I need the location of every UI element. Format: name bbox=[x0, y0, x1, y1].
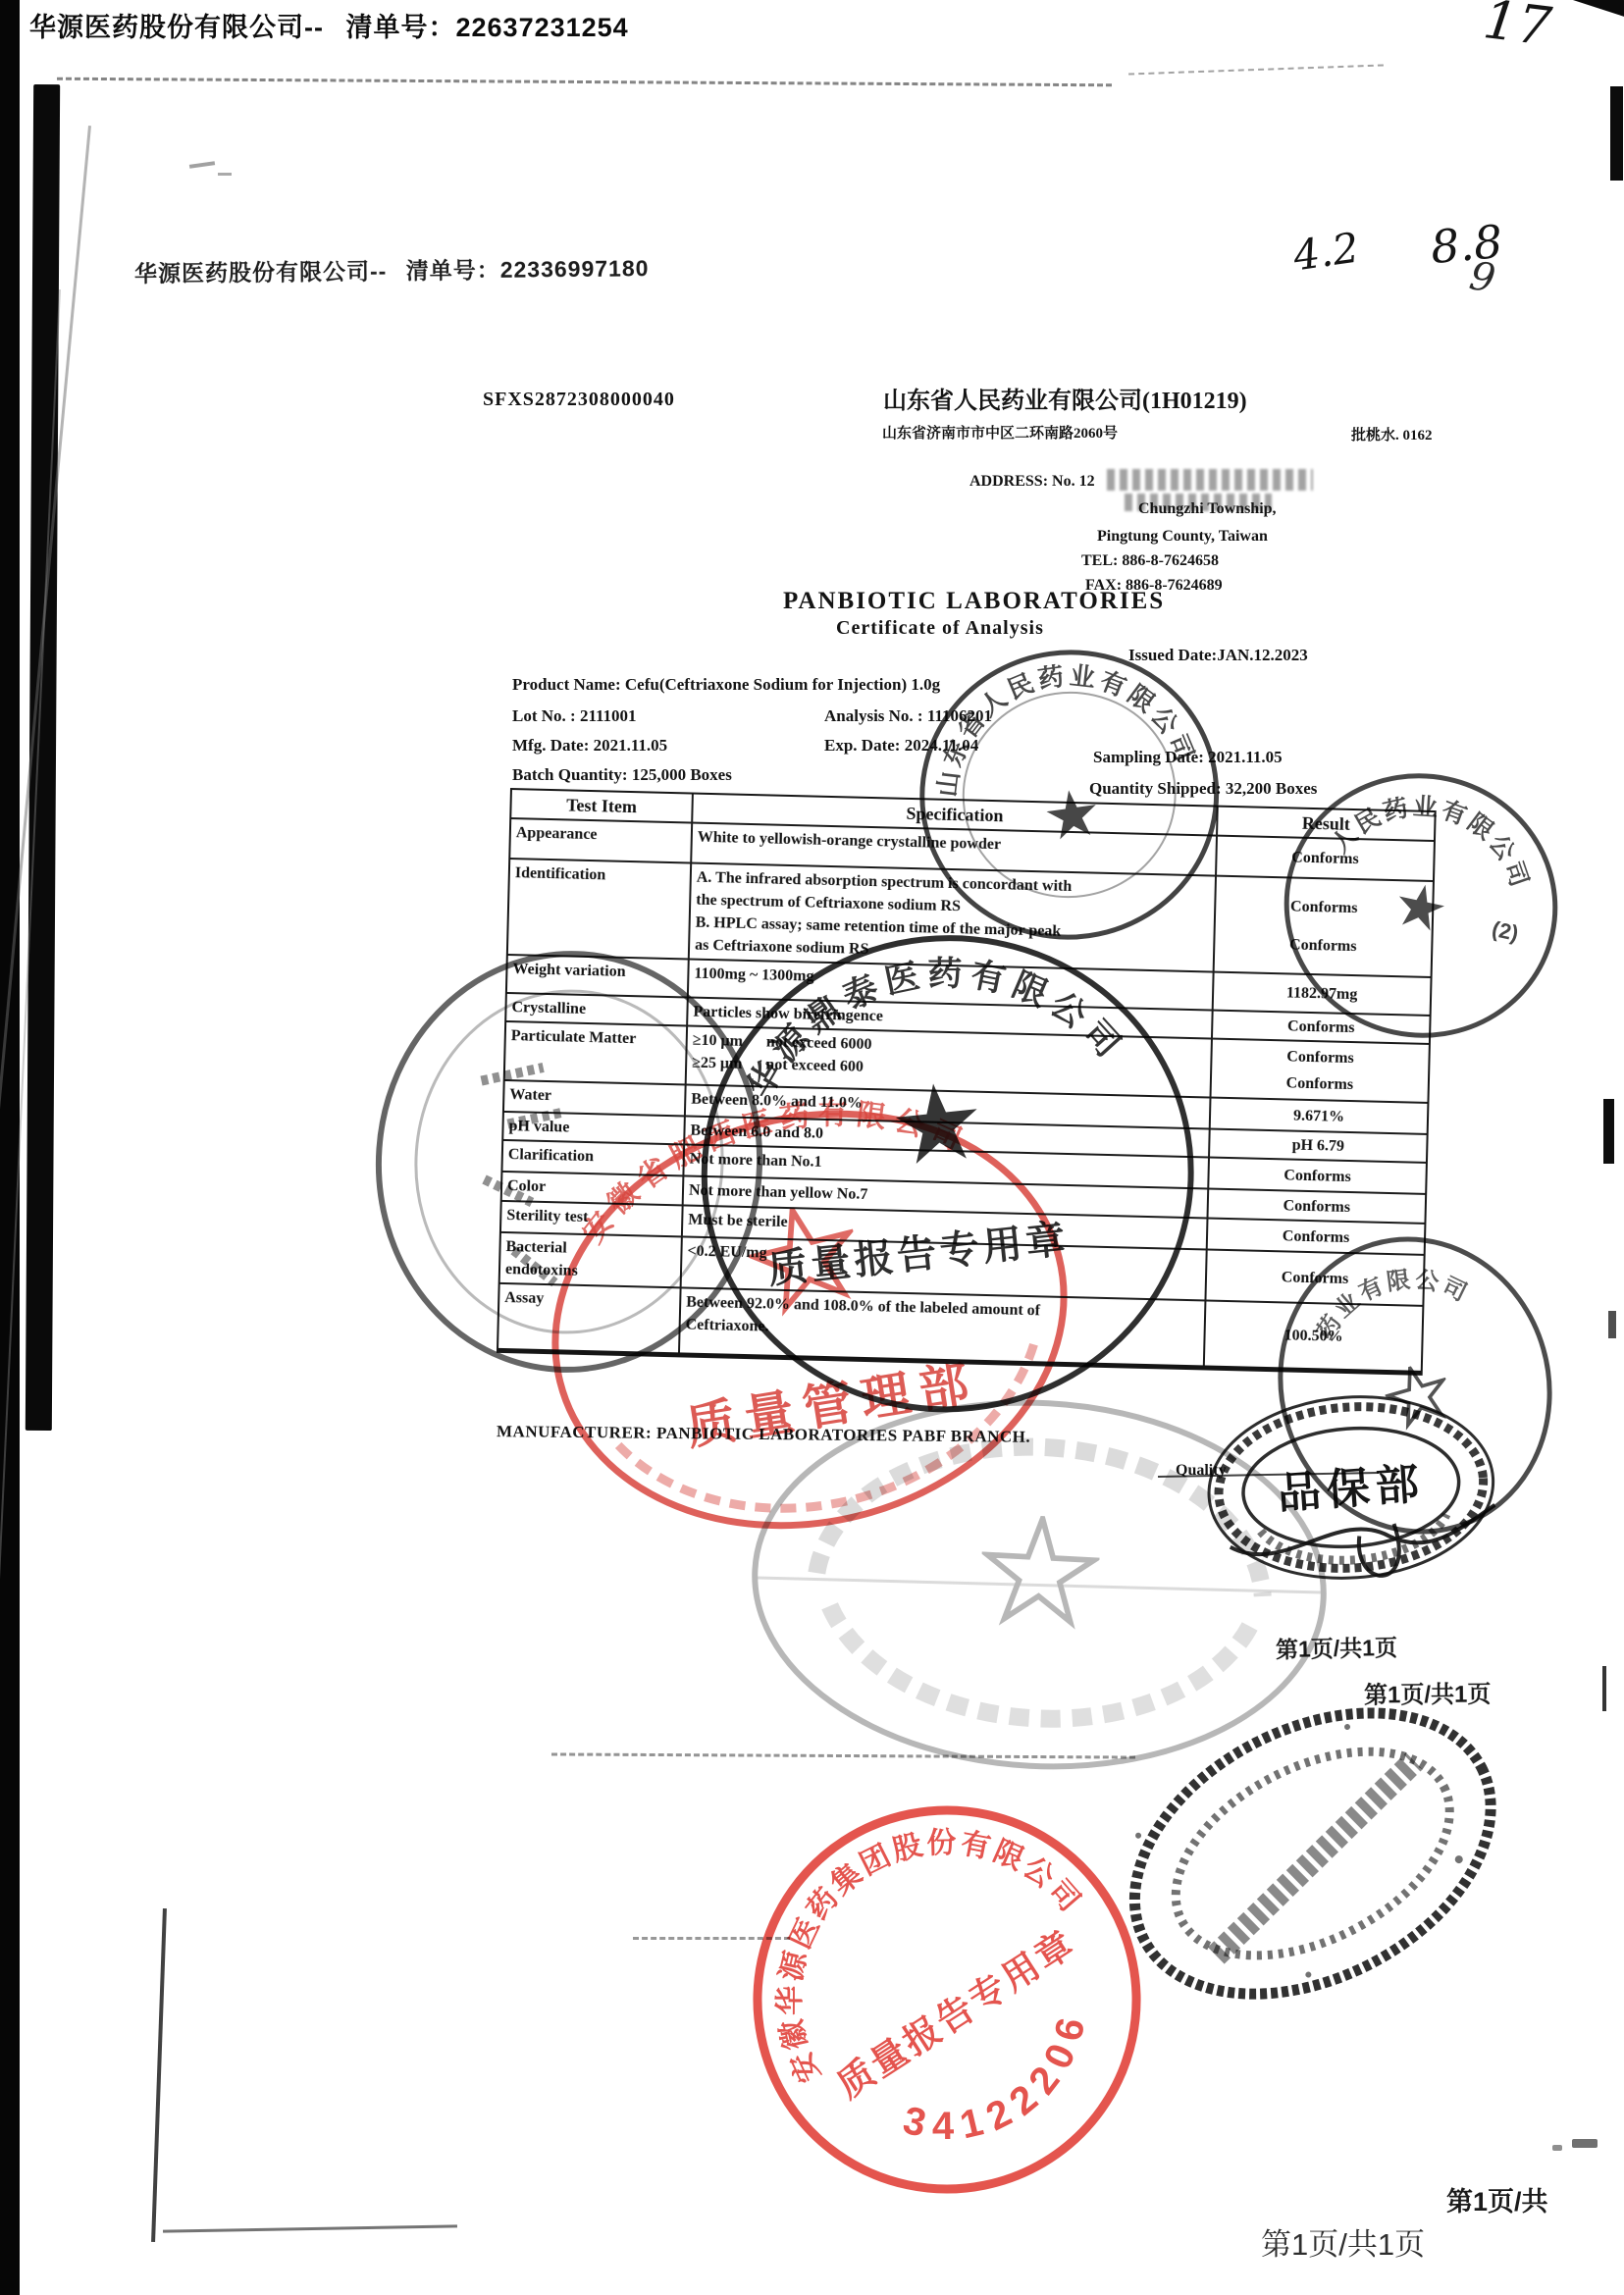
scan-speck bbox=[1572, 2139, 1598, 2148]
scan-speck bbox=[189, 161, 215, 169]
lot-no: Lot No. : 2111001 bbox=[512, 706, 637, 726]
page-edge-line bbox=[151, 1908, 167, 2242]
result-line: Conforms bbox=[1283, 1164, 1351, 1188]
scan-edge-mark bbox=[1610, 86, 1623, 181]
result-line: 9.671% bbox=[1293, 1104, 1345, 1127]
result-line: Conforms bbox=[1286, 1045, 1354, 1069]
overprint-smudge bbox=[1107, 469, 1313, 491]
handwritten-mark: 4.2 bbox=[1290, 224, 1362, 281]
result-line: Conforms bbox=[1283, 1194, 1350, 1219]
scan-speck bbox=[218, 173, 232, 176]
table-result-cell: Conforms bbox=[1209, 1190, 1426, 1223]
inner-fax-header: 华源医药股份有限公司-- 清单号：22336997180 bbox=[134, 250, 650, 287]
inner-header-company: 华源医药股份有限公司-- bbox=[134, 258, 388, 287]
mfg-date: Mfg. Date: 2021.11.05 bbox=[512, 736, 667, 756]
star-icon bbox=[745, 1198, 863, 1312]
reference-code: SFXS2872308000040 bbox=[483, 389, 675, 411]
address-line-2: Chungzhi Township, bbox=[1138, 500, 1277, 518]
stamp-arc-text: 山东省人民药业有限公司 bbox=[917, 644, 1202, 803]
svg-text:药业有限公司: 药业有限公司 bbox=[1301, 1246, 1479, 1349]
batch-quantity: Batch Quantity: 125,000 Boxes bbox=[512, 765, 732, 785]
document-title: Certificate of Analysis bbox=[836, 617, 1044, 640]
stamp-number: (2) bbox=[1490, 916, 1521, 946]
scan-speck bbox=[1552, 2145, 1562, 2151]
scan-area: 华源医药股份有限公司-- 清单号：22336997180 4.2 8.8 9 1… bbox=[0, 0, 1624, 2295]
viewer-page-footer: 第1页/共1页 bbox=[1261, 2219, 1425, 2264]
handwritten-corner-mark: 17 bbox=[1480, 0, 1554, 58]
table-result-cell: Conforms bbox=[1209, 1159, 1426, 1193]
table-result-cell: 9.671% bbox=[1211, 1099, 1428, 1133]
scan-smudge-line bbox=[1128, 64, 1384, 75]
scan-edge-left bbox=[0, 0, 20, 2295]
consignee-name: 山东省人民药业有限公司(1H01219) bbox=[883, 381, 1247, 415]
page-edge-line bbox=[163, 2224, 457, 2232]
table-result-cell: pH 6.79 bbox=[1210, 1130, 1427, 1162]
product-name: Product Name: Cefu(Ceftriaxone Sodium fo… bbox=[512, 675, 940, 695]
result-line: Conforms bbox=[1285, 1071, 1353, 1096]
scan-edge-mark bbox=[1603, 1099, 1614, 1164]
star-icon bbox=[984, 1516, 1096, 1623]
stamp-arc-text: 药业有限公司 bbox=[1301, 1246, 1479, 1349]
star-icon bbox=[1044, 787, 1100, 841]
table-header-cell: Test Item bbox=[511, 790, 694, 822]
svg-text:山东省人民药业有限公司: 山东省人民药业有限公司 bbox=[917, 644, 1202, 803]
consignee-address: 山东省济南市市中区二环南路2060号 bbox=[882, 422, 1118, 443]
page-footer-clipped: 第1页/共 bbox=[1446, 2180, 1611, 2218]
illegible-glyph-band bbox=[1179, 1761, 1452, 1956]
address-line-3: Pingtung County, Taiwan bbox=[1097, 528, 1268, 546]
scan-smudge-line bbox=[57, 78, 1112, 87]
side-note: 批桃水. 0162 bbox=[1351, 424, 1433, 444]
scan-corner-mark bbox=[1569, 0, 1624, 20]
scan-edge-mark bbox=[1608, 1311, 1616, 1338]
table-item-cell: Appearance bbox=[510, 819, 693, 862]
lab-title: PANBIOTIC LABORATORIES bbox=[783, 588, 1165, 615]
table-result-cell: ConformsConforms bbox=[1212, 1040, 1429, 1102]
tel-line: TEL: 886-8-7624658 bbox=[1081, 552, 1219, 570]
address-line-1: ADDRESS: No. 12 bbox=[969, 473, 1095, 491]
scan-edge-mark bbox=[1602, 1666, 1606, 1711]
black-round-stamp-right: 人民药业有限公司 (2) bbox=[1247, 736, 1595, 1075]
result-line: pH 6.79 bbox=[1291, 1134, 1344, 1158]
star-icon bbox=[1393, 880, 1447, 933]
inner-header-list-no: 清单号：22336997180 bbox=[406, 255, 650, 284]
scanned-coa-page: 华源医药股份有限公司-- 清单号：22637231254 华源医药股份有限公司-… bbox=[0, 0, 1624, 2295]
